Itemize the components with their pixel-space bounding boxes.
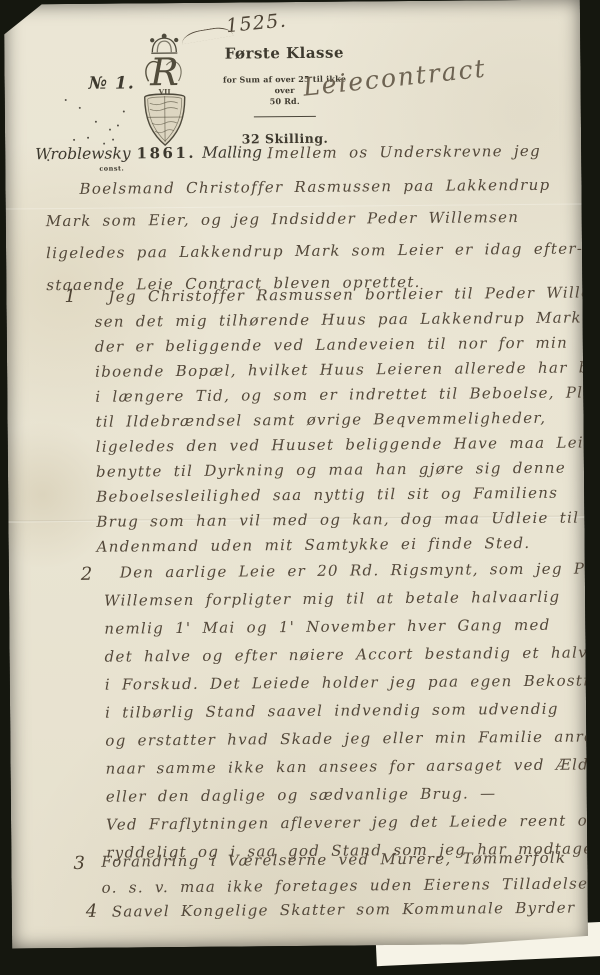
royal-stamp-emblem-icon: R VII <box>126 33 203 152</box>
coat-of-arms-shield <box>145 94 185 145</box>
contract-paragraph-2: Den aarlige Leie er 20 Rd. Rigsmynt, som… <box>104 559 600 872</box>
archive-number: 1525. <box>225 9 288 37</box>
opening-phrase: Imellem os Underskrevne jeg <box>267 142 541 162</box>
handwritten-line: i Forskud. Det Leiede holder jeg paa ege… <box>105 671 600 704</box>
handwritten-line: i tilbørlig Stand saavel indvendig som u… <box>105 699 600 732</box>
officials-row: Wroblewsky1861.Malling const. <box>35 142 262 163</box>
handwritten-line: Den aarlige Leie er 20 Rd. Rigsmynt, som… <box>104 559 600 592</box>
handwritten-line: nemlig 1' Mai og 1' November hver Gang m… <box>104 615 600 648</box>
handwritten-line: Willemsen forpligter mig til at betale h… <box>104 587 600 620</box>
contract-paragraph-1: Jeg Christoffer Rasmussen bortleier til … <box>94 283 600 563</box>
handwritten-line: naar samme ikke kan ansees for aarsaget … <box>105 755 600 788</box>
official-left-sub: const. <box>99 164 124 172</box>
paragraph-number: 3 <box>73 853 85 874</box>
contract-paragraph-3: Forandring i Værelserne ved Murere, Tømm… <box>101 848 594 904</box>
handwritten-line: Mark som Eier, og jeg Indsidder Peder Wi… <box>46 207 583 244</box>
handwritten-line: Saavel Kongelige Skatter som Kommunale B… <box>112 899 576 921</box>
royal-monogram: R VII <box>146 50 182 96</box>
paragraph-number: 4 <box>86 901 98 922</box>
handwritten-line: det halve og efter nøiere Accort bestand… <box>105 643 600 676</box>
handwritten-line: eller den daglige og sædvanlige Brug. — <box>106 783 600 816</box>
paragraph-number: 2 <box>81 564 93 585</box>
paragraph-number: 1 <box>64 286 76 307</box>
archive-number-text: 1525. <box>225 9 288 37</box>
official-right-name: Malling <box>202 143 262 162</box>
stamp-class-title: Første Klasse <box>214 43 354 62</box>
stamp-year: 1861. <box>137 144 197 163</box>
handwritten-line: Andenmand uden mit Samtykke ei finde Ste… <box>97 533 600 563</box>
ink-speckles <box>65 99 67 101</box>
handwritten-line: Boelsmand Christoffer Rasmussen paa Lakk… <box>45 175 582 212</box>
stamp-divider <box>254 116 316 118</box>
contract-paragraph-4: Saavel Kongelige Skatter som Kommunale B… <box>112 899 576 921</box>
document-scan: 1525. № 1. R VII <box>0 0 600 975</box>
handwritten-line: ligeledes paa Lakkendrup Mark som Leier … <box>46 239 583 276</box>
official-left-name: Wroblewsky <box>35 144 131 163</box>
handwritten-line: Ved Fraflytningen afleverer jeg det Leie… <box>106 811 600 844</box>
paper-sheet: 1525. № 1. R VII <box>4 0 588 948</box>
handwritten-line: og erstatter hvad Skade jeg eller min Fa… <box>105 727 600 760</box>
